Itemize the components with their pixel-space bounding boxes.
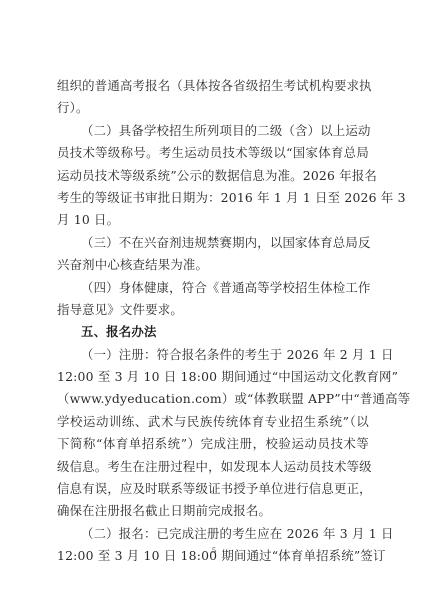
text-line: 学校运动训练、武术与民族传统体育专业招生系统”（以: [57, 411, 369, 433]
text-line: 月 10 日。: [57, 209, 369, 231]
text-line: 兴奋剂中心核查结果为准。: [57, 254, 369, 276]
text-line: 指导意见》文件要求。: [57, 299, 369, 321]
text-line: （三）不在兴奋剂违规禁赛期内，以国家体育总局反: [57, 232, 369, 254]
text-line: 员技术等级称号。考生运动员技术等级以“国家体育总局: [57, 142, 369, 164]
document-page: 组织的普通高考报名（具体按各省级招生考试机构要求执 行）。 （二）具备学校招生所…: [0, 0, 424, 600]
text-line: 下简称“体育单招系统”）完成注册，校验运动员技术等: [57, 433, 369, 455]
section-heading: 五、报名办法: [57, 321, 369, 343]
text-line: 级信息。考生在注册过程中，如发现本人运动员技术等级: [57, 456, 369, 478]
text-line: （二）具备学校招生所列项目的二级（含）以上运动: [57, 120, 369, 142]
text-line: （四）身体健康，符合《普通高等学校招生体检工作: [57, 277, 369, 299]
text-line: 运动员技术等级系统”公示的数据信息为准。2026 年报名: [57, 165, 369, 187]
text-line: 考生的等级证书审批日期为：2016 年 1 月 1 日至 2026 年 3: [57, 187, 369, 209]
document-body: 组织的普通高考报名（具体按各省级招生考试机构要求执 行）。 （二）具备学校招生所…: [57, 75, 369, 568]
text-line: 行）。: [57, 97, 369, 119]
text-line: （二）报名：已完成注册的考生应在 2026 年 3 月 1 日: [57, 523, 369, 545]
text-line: 组织的普通高考报名（具体按各省级招生考试机构要求执: [57, 75, 369, 97]
text-line: （一）注册：符合报名条件的考生于 2026 年 2 月 1 日: [57, 344, 369, 366]
text-line: 确保在注册报名截止日期前完成报名。: [57, 500, 369, 522]
text-line: 信息有误，应及时联系等级证书授予单位进行信息更正，: [57, 478, 369, 500]
text-line: （www.ydyeducation.com）或“体教联盟 APP”中“普通高等: [57, 388, 369, 410]
page-number: 5: [209, 546, 219, 555]
text-line: 12:00 至 3 月 10 日 18:00 期间通过“中国运动文化教育网”: [57, 366, 369, 388]
